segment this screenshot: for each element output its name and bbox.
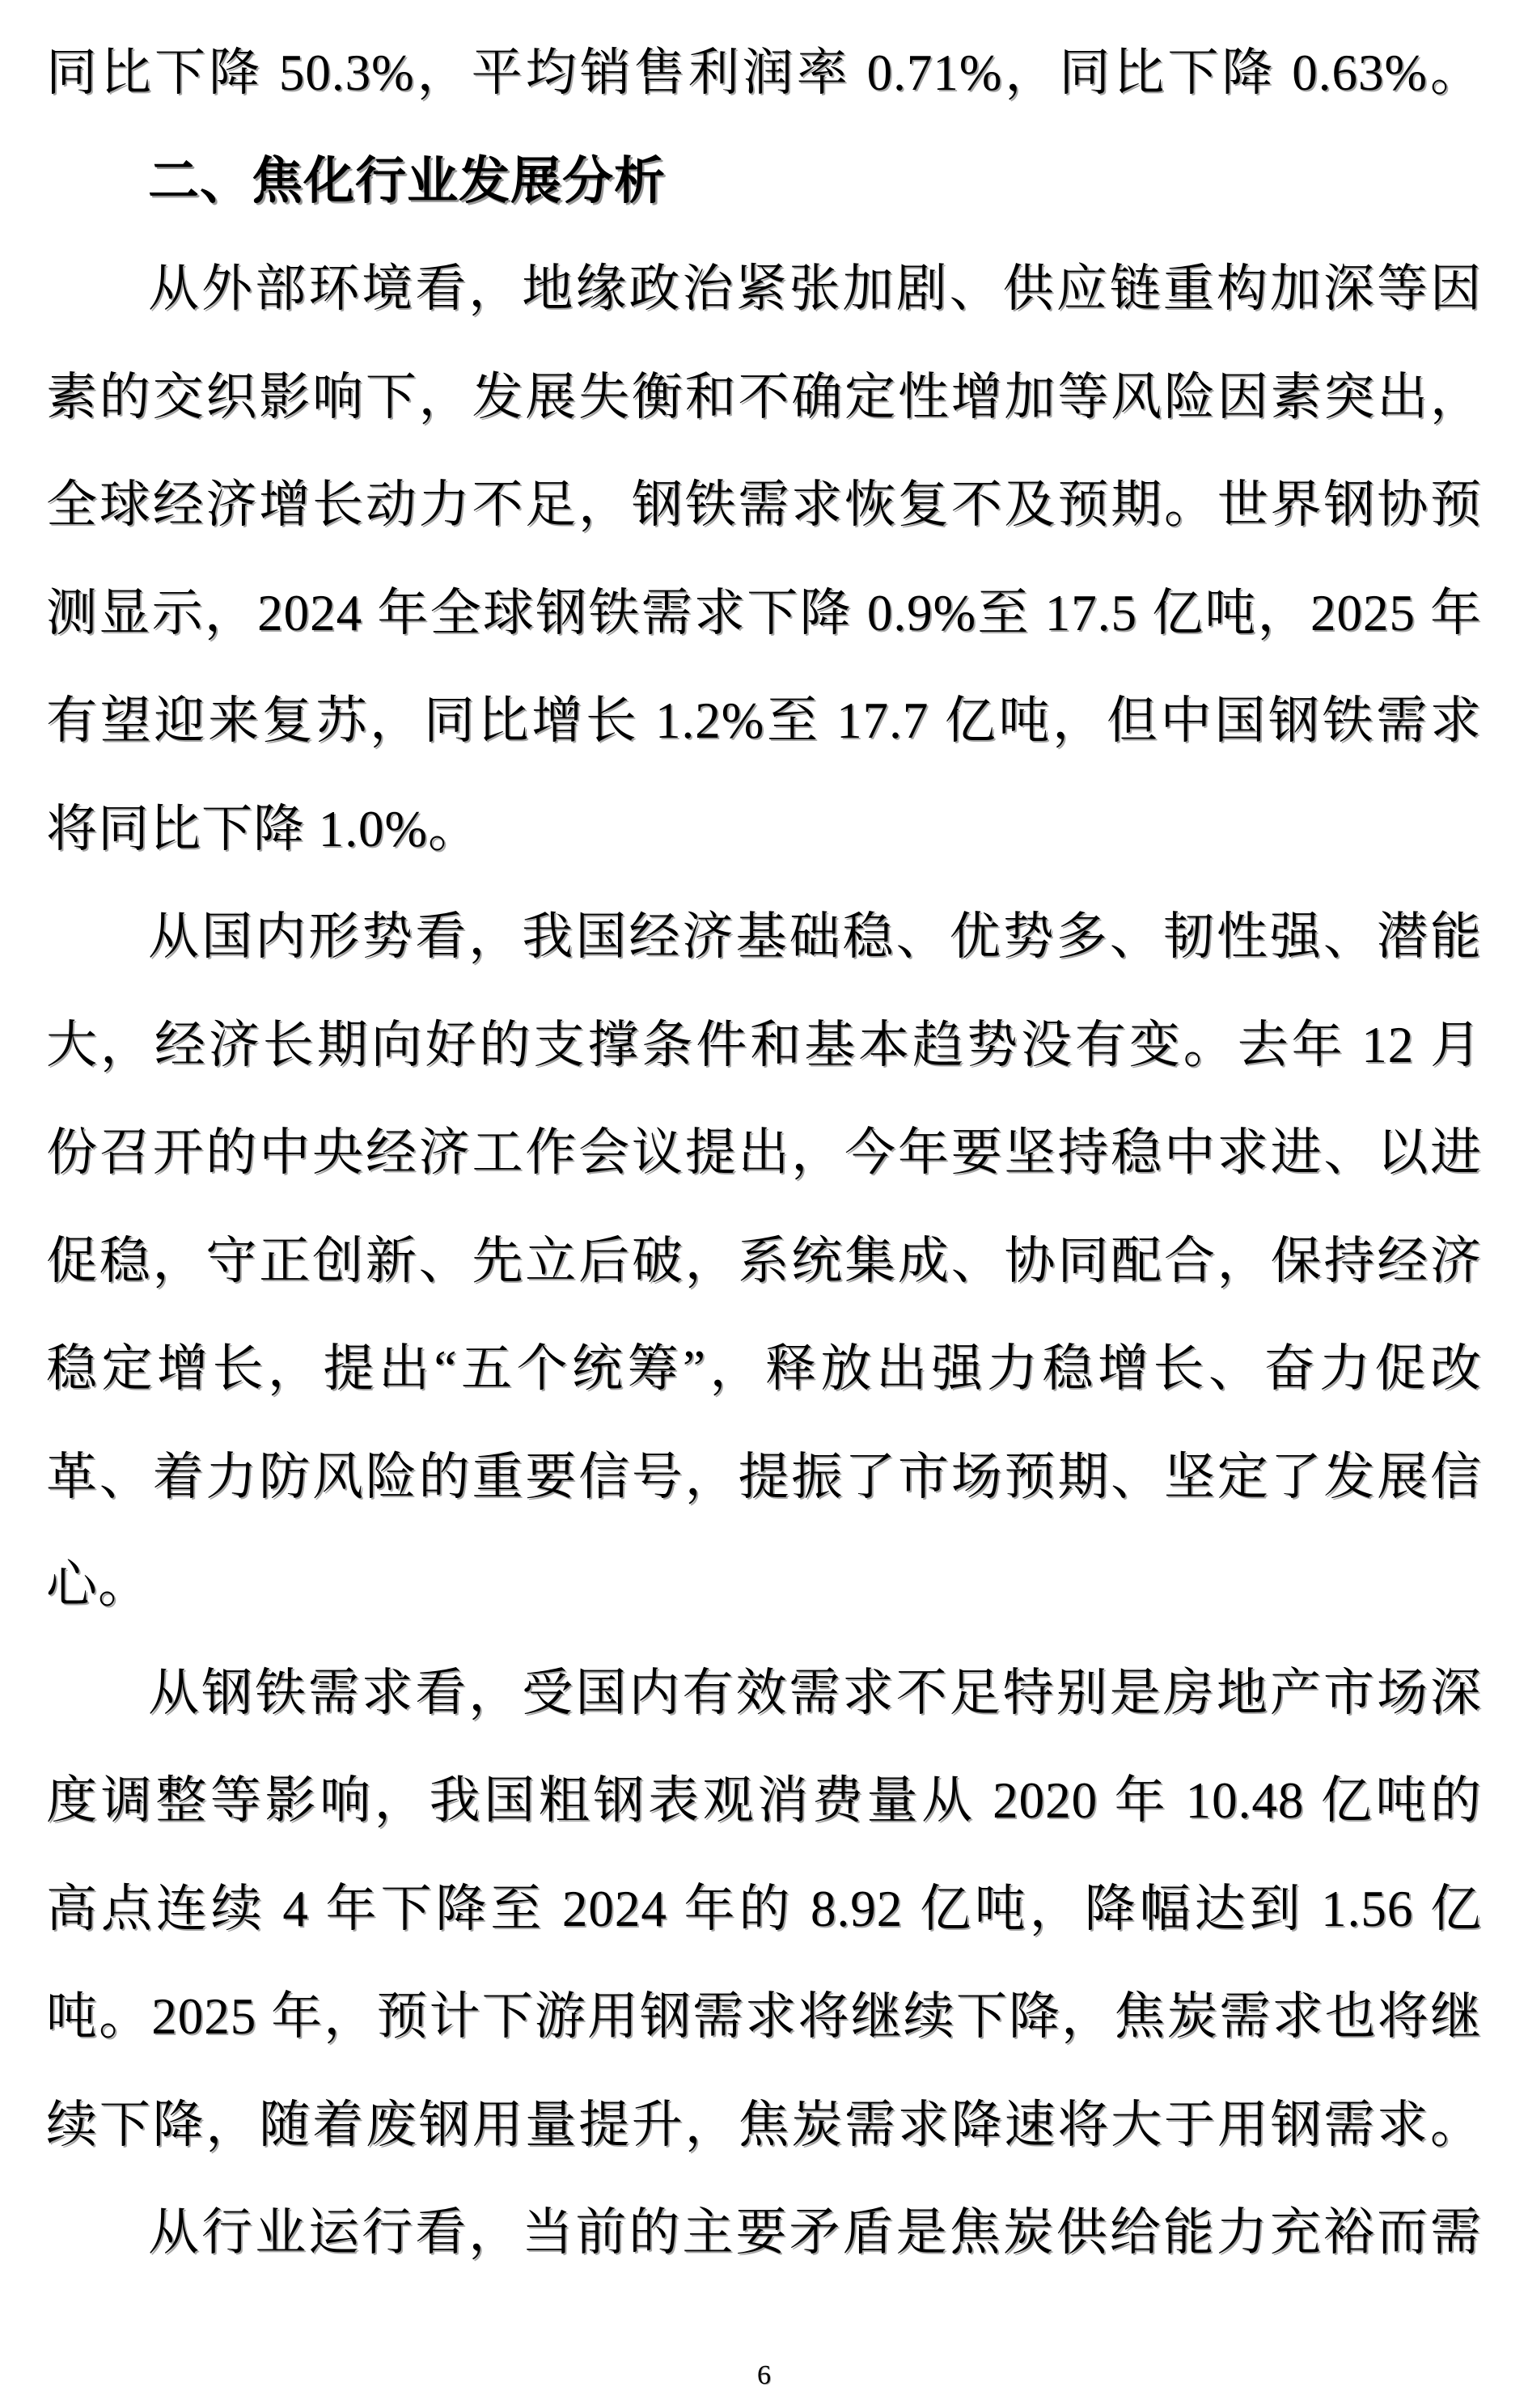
paragraph-line: 份召开的中央经济工作会议提出，今年要坚持稳中求进、以进: [46, 1099, 1482, 1208]
paragraph-line: 有望迎来复苏，同比增长 1.2%至 17.7 亿吨，但中国钢铁需求: [46, 667, 1482, 776]
paragraph-line: 从国内形势看，我国经济基础稳、优势多、韧性强、潜能: [46, 883, 1482, 992]
page-number: 6: [0, 2359, 1528, 2393]
paragraph-line: 将同比下降 1.0%。: [46, 776, 1482, 884]
paragraph-line: 从行业运行看，当前的主要矛盾是焦炭供给能力充裕而需: [46, 2179, 1482, 2287]
paragraph-line: 从外部环境看，地缘政治紧张加剧、供应链重构加深等因: [46, 235, 1482, 344]
paragraph-line: 高点连续 4 年下降至 2024 年的 8.92 亿吨，降幅达到 1.56 亿: [46, 1856, 1482, 1964]
paragraph-line: 从钢铁需求看，受国内有效需求不足特别是房地产市场深: [46, 1640, 1482, 1748]
section-heading: 二、焦化行业发展分析: [46, 128, 1482, 236]
paragraph-line: 稳定增长，提出“五个统筹”，释放出强力稳增长、奋力促改: [46, 1315, 1482, 1424]
paragraph-line: 素的交织影响下，发展失衡和不确定性增加等风险因素突出，: [46, 344, 1482, 452]
paragraph-line: 促稳，守正创新、先立后破，系统集成、协同配合，保持经济: [46, 1208, 1482, 1316]
paragraph-line: 同比下降 50.3%，平均销售利润率 0.71%，同比下降 0.63%。: [46, 19, 1482, 128]
paragraph-line: 续下降，随着废钢用量提升，焦炭需求降速将大于用钢需求。: [46, 2072, 1482, 2180]
paragraph-line: 革、着力防风险的重要信号，提振了市场预期、坚定了发展信: [46, 1424, 1482, 1532]
document-page: 同比下降 50.3%，平均销售利润率 0.71%，同比下降 0.63%。 二、焦…: [0, 0, 1528, 2408]
paragraph-line: 心。: [46, 1531, 1482, 1640]
paragraph-line: 吨。2025 年，预计下游用钢需求将继续下降，焦炭需求也将继: [46, 1963, 1482, 2072]
paragraph-line: 测显示，2024 年全球钢铁需求下降 0.9%至 17.5 亿吨，2025 年: [46, 560, 1482, 668]
document-body: 同比下降 50.3%，平均销售利润率 0.71%，同比下降 0.63%。 二、焦…: [46, 19, 1482, 2287]
paragraph-line: 大，经济长期向好的支撑条件和基本趋势没有变。去年 12 月: [46, 992, 1482, 1100]
paragraph-line: 度调整等影响，我国粗钢表观消费量从 2020 年 10.48 亿吨的: [46, 1747, 1482, 1856]
paragraph-line: 全球经济增长动力不足，钢铁需求恢复不及预期。世界钢协预: [46, 451, 1482, 560]
